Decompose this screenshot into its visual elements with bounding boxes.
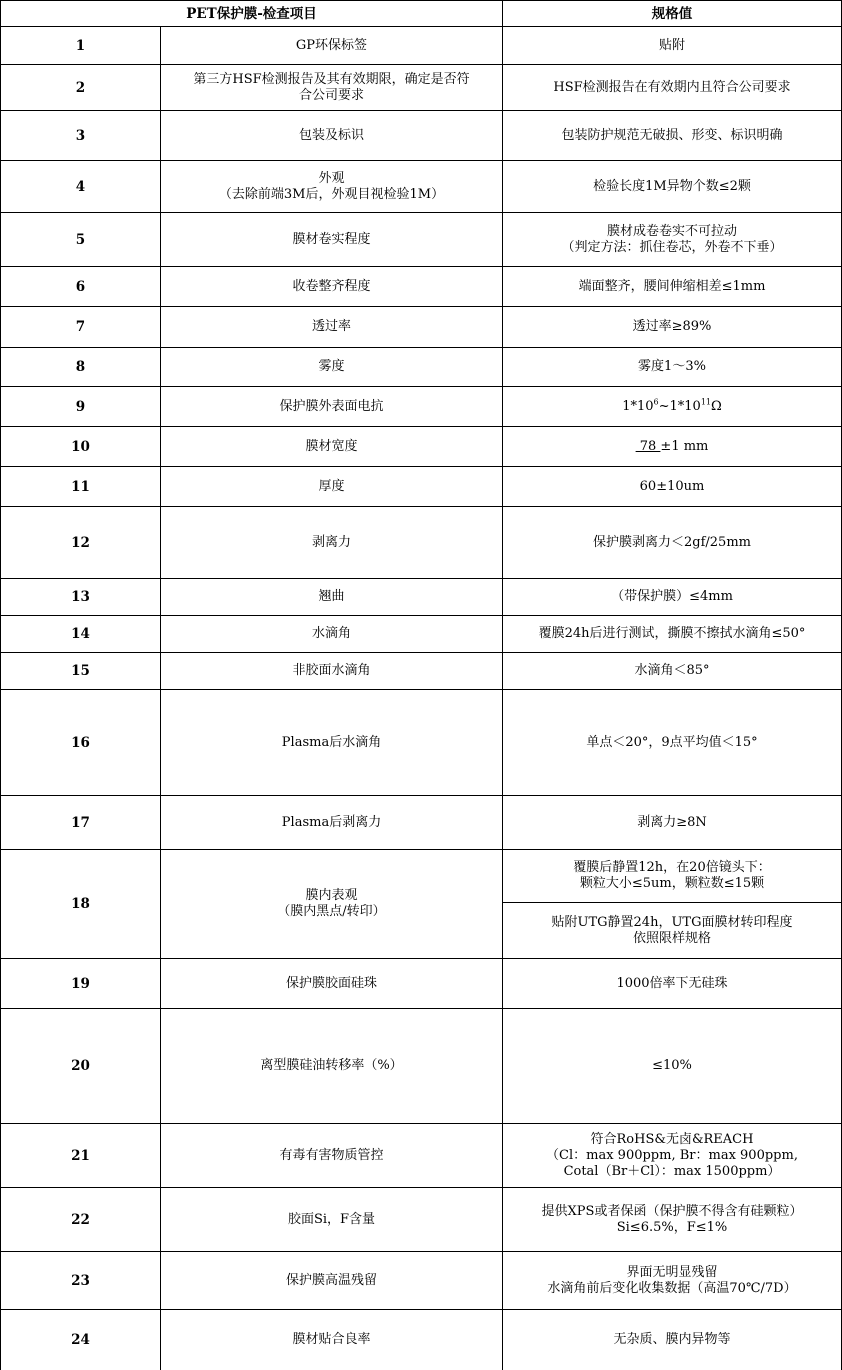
- row-number: 8: [1, 348, 161, 387]
- cell-line: 胶面Si，F含量: [165, 1212, 498, 1228]
- cell-line: 透过率: [165, 319, 498, 335]
- row-number: 24: [1, 1310, 161, 1370]
- spec-value: 覆膜24h后进行测试，撕膜不擦拭水滴角≤50°: [503, 616, 842, 653]
- cell-line: 非胶面水滴角: [165, 663, 498, 679]
- inspection-item: 翘曲: [161, 579, 503, 616]
- inspection-item: 外观（去除前端3M后，外观目视检验1M）: [161, 161, 503, 213]
- spec-text: ±1 mm: [660, 439, 708, 454]
- cell-line: 保护膜外表面电抗: [165, 399, 498, 415]
- cell-line: 贴附UTG静置24h，UTG面膜材转印程度: [507, 915, 837, 931]
- cell-line: （去除前端3M后，外观目视检验1M）: [165, 187, 498, 203]
- cell-line: 贴附: [507, 38, 837, 54]
- inspection-item: 膜材卷实程度: [161, 213, 503, 267]
- row-number: 12: [1, 507, 161, 579]
- row-number: 18: [1, 850, 161, 959]
- table-row: 8雾度雾度1～3%: [1, 348, 842, 387]
- cell-line: 保护膜剥离力＜2gf/25mm: [507, 535, 837, 551]
- spec-value: 水滴角＜85°: [503, 653, 842, 690]
- spec-value: 1*106~1*1011Ω: [503, 387, 842, 427]
- cell-line: （带保护膜）≤4mm: [507, 589, 837, 605]
- spec-value: 覆膜后静置12h，在20倍镜头下：颗粒大小≤5um，颗粒数≤15颗: [503, 850, 842, 903]
- row-number: 23: [1, 1252, 161, 1310]
- inspection-spec-table: PET保护膜-检查项目 规格值 1GP环保标签贴附2第三方HSF检测报告及其有效…: [0, 0, 842, 1370]
- row-number: 6: [1, 267, 161, 307]
- cell-line: 水滴角前后变化收集数据（高温70℃/7D）: [507, 1281, 837, 1297]
- cell-line: 包装防护规范无破损、形变、标识明确: [507, 128, 837, 144]
- cell-line: 翘曲: [165, 589, 498, 605]
- cell-line: 依照限样规格: [507, 931, 837, 947]
- cell-line: 膜内表观: [165, 888, 498, 904]
- row-number: 2: [1, 65, 161, 111]
- row-number: 3: [1, 111, 161, 161]
- cell-line: 第三方HSF检测报告及其有效期限，确定是否符: [165, 72, 498, 88]
- cell-line: 界面无明显残留: [507, 1265, 837, 1281]
- row-number: 7: [1, 307, 161, 348]
- spec-value: 检验长度1M异物个数≤2颗: [503, 161, 842, 213]
- cell-line: 覆膜24h后进行测试，撕膜不擦拭水滴角≤50°: [507, 626, 837, 642]
- spec-value: 端面整齐，腰间伸缩相差≤1mm: [503, 267, 842, 307]
- spec-value: 剥离力≥8N: [503, 796, 842, 850]
- cell-line: 检验长度1M异物个数≤2颗: [507, 179, 837, 195]
- cell-line: 膜材卷实程度: [165, 232, 498, 248]
- cell-line: HSF检测报告在有效期内且符合公司要求: [507, 80, 837, 96]
- inspection-item: 胶面Si，F含量: [161, 1188, 503, 1252]
- inspection-item: 雾度: [161, 348, 503, 387]
- inspection-item: 包装及标识: [161, 111, 503, 161]
- inspection-item: 保护膜外表面电抗: [161, 387, 503, 427]
- spec-value: ≤10%: [503, 1009, 842, 1124]
- table-row: 4外观（去除前端3M后，外观目视检验1M）检验长度1M异物个数≤2颗: [1, 161, 842, 213]
- table-row: 2第三方HSF检测报告及其有效期限，确定是否符合公司要求HSF检测报告在有效期内…: [1, 65, 842, 111]
- cell-line: 雾度: [165, 359, 498, 375]
- row-number: 16: [1, 690, 161, 796]
- cell-line: 收卷整齐程度: [165, 279, 498, 295]
- table-row: 3包装及标识包装防护规范无破损、形变、标识明确: [1, 111, 842, 161]
- spec-value: 1000倍率下无硅珠: [503, 959, 842, 1009]
- cell-line: 包装及标识: [165, 128, 498, 144]
- cell-line: 无杂质、膜内异物等: [507, 1332, 837, 1348]
- table-row: 7透过率透过率≥89%: [1, 307, 842, 348]
- cell-line: 透过率≥89%: [507, 319, 837, 335]
- row-number: 11: [1, 467, 161, 507]
- cell-line: 60±10um: [507, 479, 837, 495]
- spec-text: Ω: [711, 399, 722, 414]
- header-spec: 规格值: [503, 1, 842, 27]
- row-number: 19: [1, 959, 161, 1009]
- inspection-item: 膜内表观（膜内黑点/转印）: [161, 850, 503, 959]
- cell-line: 剥离力: [165, 535, 498, 551]
- cell-line: （判定方法：抓住卷芯，外卷不下垂）: [507, 240, 837, 256]
- spec-value: 78 ±1 mm: [503, 427, 842, 467]
- table-row: 22胶面Si，F含量提供XPS或者保函（保护膜不得含有硅颗粒）Si≤6.5%，F…: [1, 1188, 842, 1252]
- table-row: 14水滴角覆膜24h后进行测试，撕膜不擦拭水滴角≤50°: [1, 616, 842, 653]
- cell-line: 外观: [165, 171, 498, 187]
- cell-line: Plasma后剥离力: [165, 815, 498, 831]
- table-row: 13翘曲（带保护膜）≤4mm: [1, 579, 842, 616]
- table-row: 15非胶面水滴角水滴角＜85°: [1, 653, 842, 690]
- row-number: 22: [1, 1188, 161, 1252]
- row-number: 20: [1, 1009, 161, 1124]
- inspection-item: 剥离力: [161, 507, 503, 579]
- table-row: 24膜材贴合良率无杂质、膜内异物等: [1, 1310, 842, 1370]
- cell-line: Si≤6.5%，F≤1%: [507, 1220, 837, 1236]
- spec-value: 无杂质、膜内异物等: [503, 1310, 842, 1370]
- width-value: 78: [636, 439, 661, 454]
- inspection-item: 非胶面水滴角: [161, 653, 503, 690]
- inspection-item: 保护膜胶面硅珠: [161, 959, 503, 1009]
- spec-value: 界面无明显残留水滴角前后变化收集数据（高温70℃/7D）: [503, 1252, 842, 1310]
- cell-line: 单点＜20°，9点平均值＜15°: [507, 735, 837, 751]
- inspection-item: Plasma后水滴角: [161, 690, 503, 796]
- inspection-item: 收卷整齐程度: [161, 267, 503, 307]
- row-number: 9: [1, 387, 161, 427]
- inspection-item: 膜材贴合良率: [161, 1310, 503, 1370]
- spec-value: 贴附: [503, 27, 842, 65]
- spec-value: 膜材成卷卷实不可拉动（判定方法：抓住卷芯，外卷不下垂）: [503, 213, 842, 267]
- spec-value: 符合RoHS&无卤&REACH（Cl：max 900ppm, Br：max 90…: [503, 1124, 842, 1188]
- header-item: PET保护膜-检查项目: [1, 1, 503, 27]
- spec-value: HSF检测报告在有效期内且符合公司要求: [503, 65, 842, 111]
- cell-line: 提供XPS或者保函（保护膜不得含有硅颗粒）: [507, 1204, 837, 1220]
- inspection-item: Plasma后剥离力: [161, 796, 503, 850]
- spec-value: 贴附UTG静置24h，UTG面膜材转印程度依照限样规格: [503, 903, 842, 959]
- row-number: 21: [1, 1124, 161, 1188]
- exponent: 11: [701, 397, 711, 406]
- cell-line: 覆膜后静置12h，在20倍镜头下：: [507, 860, 837, 876]
- cell-line: ≤10%: [507, 1058, 837, 1074]
- inspection-item: 水滴角: [161, 616, 503, 653]
- table-row: 12剥离力保护膜剥离力＜2gf/25mm: [1, 507, 842, 579]
- cell-line: Plasma后水滴角: [165, 735, 498, 751]
- cell-line: 1000倍率下无硅珠: [507, 976, 837, 992]
- cell-line: 合公司要求: [165, 88, 498, 104]
- cell-line: （膜内黑点/转印）: [165, 904, 498, 920]
- spec-text: 1*10: [622, 399, 653, 414]
- table-row: 19保护膜胶面硅珠1000倍率下无硅珠: [1, 959, 842, 1009]
- cell-line: 剥离力≥8N: [507, 815, 837, 831]
- table-row: 17Plasma后剥离力剥离力≥8N: [1, 796, 842, 850]
- cell-line: 水滴角＜85°: [507, 663, 837, 679]
- cell-line: 保护膜高温残留: [165, 1273, 498, 1289]
- inspection-item: GP环保标签: [161, 27, 503, 65]
- cell-line: GP环保标签: [165, 38, 498, 54]
- row-number: 1: [1, 27, 161, 65]
- cell-line: 颗粒大小≤5um，颗粒数≤15颗: [507, 876, 837, 892]
- spec-value: 提供XPS或者保函（保护膜不得含有硅颗粒）Si≤6.5%，F≤1%: [503, 1188, 842, 1252]
- cell-line: Cotal（Br＋Cl）：max 1500ppm）: [507, 1164, 837, 1180]
- spec-value: 包装防护规范无破损、形变、标识明确: [503, 111, 842, 161]
- table-row: 21有毒有害物质管控符合RoHS&无卤&REACH（Cl：max 900ppm,…: [1, 1124, 842, 1188]
- table-header-row: PET保护膜-检查项目 规格值: [1, 1, 842, 27]
- row-number: 10: [1, 427, 161, 467]
- table-row: 1GP环保标签贴附: [1, 27, 842, 65]
- cell-line: 端面整齐，腰间伸缩相差≤1mm: [507, 279, 837, 295]
- table-row: 11厚度60±10um: [1, 467, 842, 507]
- cell-line: 雾度1～3%: [507, 359, 837, 375]
- spec-value: 透过率≥89%: [503, 307, 842, 348]
- spec-text: ~1*10: [659, 399, 701, 414]
- row-number: 14: [1, 616, 161, 653]
- cell-line: 水滴角: [165, 626, 498, 642]
- cell-line: 有毒有害物质管控: [165, 1148, 498, 1164]
- cell-line: 保护膜胶面硅珠: [165, 976, 498, 992]
- inspection-item: 厚度: [161, 467, 503, 507]
- inspection-item: 离型膜硅油转移率（%）: [161, 1009, 503, 1124]
- cell-line: （Cl：max 900ppm, Br：max 900ppm,: [507, 1148, 837, 1164]
- inspection-item: 透过率: [161, 307, 503, 348]
- spec-value: 60±10um: [503, 467, 842, 507]
- cell-line: 离型膜硅油转移率（%）: [165, 1058, 498, 1074]
- inspection-item: 保护膜高温残留: [161, 1252, 503, 1310]
- table-row: 16Plasma后水滴角单点＜20°，9点平均值＜15°: [1, 690, 842, 796]
- cell-line: 膜材宽度: [165, 439, 498, 455]
- inspection-item: 膜材宽度: [161, 427, 503, 467]
- row-number: 15: [1, 653, 161, 690]
- cell-line: 膜材贴合良率: [165, 1332, 498, 1348]
- table-row: 18膜内表观（膜内黑点/转印）覆膜后静置12h，在20倍镜头下：颗粒大小≤5um…: [1, 850, 842, 903]
- spec-value: 保护膜剥离力＜2gf/25mm: [503, 507, 842, 579]
- spec-value: 雾度1～3%: [503, 348, 842, 387]
- cell-line: 符合RoHS&无卤&REACH: [507, 1132, 837, 1148]
- table-row: 10膜材宽度 78 ±1 mm: [1, 427, 842, 467]
- inspection-item: 有毒有害物质管控: [161, 1124, 503, 1188]
- row-number: 5: [1, 213, 161, 267]
- table-row: 9保护膜外表面电抗1*106~1*1011Ω: [1, 387, 842, 427]
- spec-value: 单点＜20°，9点平均值＜15°: [503, 690, 842, 796]
- row-number: 17: [1, 796, 161, 850]
- table-row: 6收卷整齐程度端面整齐，腰间伸缩相差≤1mm: [1, 267, 842, 307]
- spec-value: （带保护膜）≤4mm: [503, 579, 842, 616]
- table-row: 5膜材卷实程度膜材成卷卷实不可拉动（判定方法：抓住卷芯，外卷不下垂）: [1, 213, 842, 267]
- cell-line: 膜材成卷卷实不可拉动: [507, 224, 837, 240]
- row-number: 4: [1, 161, 161, 213]
- inspection-item: 第三方HSF检测报告及其有效期限，确定是否符合公司要求: [161, 65, 503, 111]
- row-number: 13: [1, 579, 161, 616]
- cell-line: 厚度: [165, 479, 498, 495]
- table-row: 23保护膜高温残留界面无明显残留水滴角前后变化收集数据（高温70℃/7D）: [1, 1252, 842, 1310]
- table-row: 20离型膜硅油转移率（%）≤10%: [1, 1009, 842, 1124]
